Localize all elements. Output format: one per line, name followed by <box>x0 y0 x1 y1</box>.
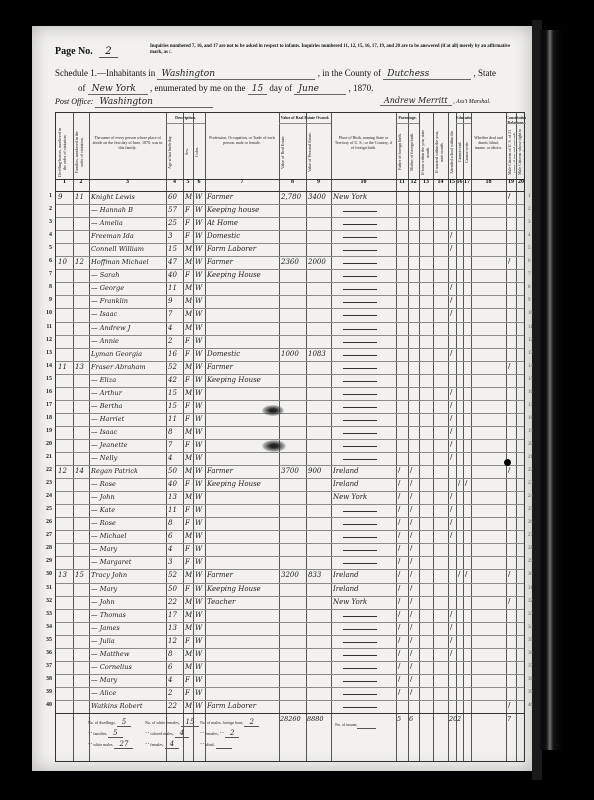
birthplace-ditto-mark <box>343 368 377 369</box>
tick-mark-col-15: / <box>450 610 452 618</box>
cell-sex: M <box>185 387 192 399</box>
cell-name: — Margaret <box>91 556 165 568</box>
row-number-right: 37 <box>528 664 533 669</box>
group-header-constitutional: Constitutional Relations. <box>506 115 526 123</box>
summary-label: " " females, <box>145 742 164 747</box>
cell-sex: M <box>185 648 192 660</box>
row-number-right: 4 <box>528 233 531 238</box>
cell-occupation: At Home <box>207 217 278 229</box>
tick-mark-col-11: / <box>398 688 400 696</box>
tick-mark-col-11: / <box>398 610 400 618</box>
summary-label: " " families, <box>88 731 107 736</box>
post-office: Washington <box>95 97 213 108</box>
tick-mark-col-15: / <box>450 231 452 239</box>
row-number-right: 19 <box>528 429 533 434</box>
cell-color: W <box>195 387 204 399</box>
cell-age: 52 <box>168 361 182 373</box>
birthplace-ditto-mark <box>343 263 377 264</box>
cell-color: W <box>195 256 204 268</box>
tick-mark-col-12: / <box>410 597 412 605</box>
row-number-left: 29 <box>34 558 52 564</box>
row-number-right: 11 <box>528 325 533 330</box>
row-number-right: 21 <box>528 455 533 460</box>
row-number-left: 36 <box>34 650 52 656</box>
tick-mark-col-12: / <box>410 662 412 670</box>
state-suffix: , State <box>473 68 496 78</box>
cell-color: W <box>195 217 204 229</box>
row-number-right: 26 <box>528 520 533 525</box>
cell-sex: M <box>185 191 192 203</box>
adjacent-page-edge <box>540 30 562 750</box>
enumeration-year: , 1870. <box>349 83 374 93</box>
birthplace-ditto-mark <box>343 237 377 238</box>
row-number-right: 35 <box>528 638 533 643</box>
cell-age: 8 <box>168 648 182 660</box>
cell-sex: M <box>185 256 192 268</box>
cell-name: — Harriet <box>91 413 165 425</box>
group-divider <box>166 123 205 124</box>
tick-mark-col-17: / <box>465 570 467 578</box>
row-number-left: 3 <box>34 219 52 225</box>
cell-color: W <box>195 596 204 608</box>
cell-family: 12 <box>75 256 88 268</box>
tick-mark-col-19: / <box>508 570 510 578</box>
cell-color: W <box>195 374 204 386</box>
cell-color: W <box>195 282 204 294</box>
cell-color: W <box>195 269 204 281</box>
ink-blot <box>504 459 511 466</box>
summary-value: 4 <box>165 740 179 749</box>
cell-name: Lyman Georgia <box>91 348 165 360</box>
row-number-right: 39 <box>528 690 533 695</box>
cell-occupation: Farmer <box>207 256 278 268</box>
column-divider <box>433 113 434 761</box>
cell-real: 3700 <box>281 465 305 477</box>
tick-mark-col-19: / <box>508 257 510 265</box>
enumerated-label: , enumerated by me on the <box>150 83 245 93</box>
schedule-prefix: Schedule 1.—Inhabitants in <box>55 68 155 78</box>
column-header-1: Dwelling-houses, numbered in the order o… <box>57 127 72 177</box>
cell-sex: F <box>185 400 192 412</box>
cell-color: W <box>195 648 204 660</box>
summary-colored-males: " " colored males, 4 <box>145 729 189 737</box>
cell-name: — Sarah <box>91 269 165 281</box>
column-header-11: Father of foreign birth. <box>397 127 407 177</box>
birthplace-ditto-mark <box>343 355 377 356</box>
ink-smudge <box>262 440 286 452</box>
birthplace-ditto-mark <box>343 668 377 669</box>
enumeration-day: 15 <box>248 84 267 95</box>
tick-mark-col-11: / <box>398 544 400 552</box>
column-header-4: Age at last birth-day. <box>167 127 182 177</box>
cell-sex: F <box>185 478 192 490</box>
birthplace-ditto-mark <box>343 329 377 330</box>
cell-sex: F <box>185 348 192 360</box>
cell-age: 40 <box>168 269 182 281</box>
row-number-left: 35 <box>34 637 52 643</box>
tick-mark-col-11: / <box>398 466 400 474</box>
row-number-left: 12 <box>34 337 52 343</box>
row-number-left: 31 <box>34 585 52 591</box>
cell-real: 1000 <box>281 348 305 360</box>
row-number-left: 16 <box>34 389 52 395</box>
summary-families: " " families, 5 <box>88 729 123 737</box>
summary-value: 2 <box>225 729 239 738</box>
cell-name: Tracy John <box>91 569 165 581</box>
cell-age: 4 <box>168 452 182 464</box>
cell-color: W <box>195 635 204 647</box>
summary-label: No. of insane, <box>335 722 357 727</box>
cell-age: 2 <box>168 335 182 347</box>
birthplace-ditto-mark <box>343 420 377 421</box>
column-number-7: 7 <box>205 179 279 185</box>
cell-color: W <box>195 413 204 425</box>
tick-mark-col-11: / <box>398 597 400 605</box>
cell-color: W <box>195 674 204 686</box>
row-number-left: 30 <box>34 571 52 577</box>
birthplace-ditto-mark <box>343 315 377 316</box>
birthplace-ditto-mark <box>343 524 377 525</box>
cell-age: 52 <box>168 569 182 581</box>
cell-dwelling: 9 <box>58 191 72 203</box>
column-header-10: Place of Birth, naming State or Territor… <box>334 135 393 175</box>
birthplace-ditto-mark <box>343 407 377 408</box>
summary-value <box>216 740 233 749</box>
column-header-16: Cannot read. <box>457 127 462 177</box>
cell-color: W <box>195 687 204 699</box>
cell-birthplace: Ireland <box>333 583 395 595</box>
cell-color: W <box>195 478 204 490</box>
tick-mark-col-19: / <box>508 597 510 605</box>
row-number-right: 23 <box>528 481 533 486</box>
tick-mark-col-16: / <box>458 570 460 578</box>
cell-age: 11 <box>168 413 182 425</box>
cell-name: Regan Patrick <box>91 465 165 477</box>
row-number-left: 6 <box>34 258 52 264</box>
column-divider <box>516 113 517 761</box>
cell-sex: F <box>185 504 192 516</box>
cell-occupation: Keeping House <box>207 269 278 281</box>
column-number-14: 14 <box>433 179 448 185</box>
tick-mark-col-11: / <box>398 505 400 513</box>
cell-birthplace: Ireland <box>333 465 395 477</box>
cell-sex: M <box>185 596 192 608</box>
row-number-left: 25 <box>34 506 52 512</box>
cell-name: — Jeanette <box>91 439 165 451</box>
cell-real: 2,780 <box>281 191 305 203</box>
cell-personal: 3400 <box>308 191 330 203</box>
birthplace-ditto-mark <box>343 655 377 656</box>
row-number-left: 39 <box>34 689 52 695</box>
cell-age: 13 <box>168 491 182 503</box>
cell-name: — Isaac <box>91 426 165 438</box>
tick-mark-col-19: / <box>508 192 510 200</box>
tick-mark-col-15: / <box>450 244 452 252</box>
column-number-18: 18 <box>471 179 506 185</box>
row-number-right: 30 <box>528 572 533 577</box>
county-prefix: , in the County of <box>318 68 381 78</box>
cell-age: 12 <box>168 635 182 647</box>
tick-mark-col-15: / <box>450 518 452 526</box>
column-divider <box>73 113 74 761</box>
row-number-left: 8 <box>34 284 52 290</box>
cell-sex: F <box>185 674 192 686</box>
cell-age: 42 <box>168 374 182 386</box>
column-number-1: 1 <box>56 179 73 185</box>
township: Washington <box>157 69 315 80</box>
cell-age: 50 <box>168 465 182 477</box>
birthplace-ditto-mark <box>343 276 377 277</box>
cell-sex: F <box>185 335 192 347</box>
tick-mark-col-15: / <box>450 531 452 539</box>
column-number-12: 12 <box>408 179 419 185</box>
cell-color: W <box>195 517 204 529</box>
cell-name: — Kate <box>91 504 165 516</box>
row-number-right: 29 <box>528 559 533 564</box>
cell-sex: M <box>185 361 192 373</box>
row-number-left: 34 <box>34 624 52 630</box>
cell-color: W <box>195 400 204 412</box>
row-number-right: 33 <box>528 612 533 617</box>
birthplace-ditto-mark <box>343 342 377 343</box>
row-number-right: 2 <box>528 207 531 212</box>
group-divider <box>396 123 419 124</box>
cell-sex: M <box>185 622 192 634</box>
tick-mark-col-11: / <box>398 675 400 683</box>
cell-family: 13 <box>75 361 88 373</box>
county: Dutchess <box>383 69 471 80</box>
cell-sex: M <box>185 465 192 477</box>
row-number-left: 23 <box>34 480 52 486</box>
tick-mark-col-15: / <box>450 505 452 513</box>
tick-mark-col-11: / <box>398 531 400 539</box>
birthplace-ditto-mark <box>343 707 377 708</box>
cell-age: 4 <box>168 322 182 334</box>
summary-value: 2 <box>244 718 258 727</box>
tick-mark-col-11: / <box>398 584 400 592</box>
birthplace-ditto-mark <box>343 616 377 617</box>
cell-age: 22 <box>168 700 182 712</box>
summary-total-c12: 6 <box>409 713 413 725</box>
cell-age: 22 <box>168 596 182 608</box>
cell-name: — James <box>91 622 165 634</box>
tick-mark-col-11: / <box>398 492 400 500</box>
cell-age: 2 <box>168 687 182 699</box>
column-number-4: 4 <box>166 179 183 185</box>
birthplace-ditto-mark <box>343 289 377 290</box>
post-office-label: Post Office: <box>55 97 93 106</box>
tick-mark-col-15: / <box>450 623 452 631</box>
column-number-10: 10 <box>331 179 396 185</box>
cell-name: — Amelia <box>91 217 165 229</box>
cell-name: — Matthew <box>91 648 165 660</box>
cell-name: — Nelly <box>91 452 165 464</box>
column-header-6: Color. <box>194 127 204 177</box>
page-label: Page No. <box>55 46 93 57</box>
tick-mark-col-11: / <box>398 662 400 670</box>
row-number-left: 18 <box>34 415 52 421</box>
column-header-19: Male Citizens of U. S. of 21 years of ag… <box>507 127 515 177</box>
tick-mark-col-16: / <box>458 479 460 487</box>
row-number-right: 18 <box>528 416 533 421</box>
summary-value: 5 <box>108 729 122 738</box>
cell-sex: M <box>185 661 192 673</box>
cell-color: W <box>195 661 204 673</box>
tick-mark-col-12: / <box>410 570 412 578</box>
row-number-right: 6 <box>528 259 531 264</box>
cell-color: W <box>195 465 204 477</box>
column-header-3: The name of every person whose place of … <box>92 135 163 175</box>
summary-value <box>357 720 376 729</box>
row-number-left: 24 <box>34 493 52 499</box>
cell-age: 9 <box>168 295 182 307</box>
row-number-left: 10 <box>34 310 52 316</box>
cell-name: Fraser Abraham <box>91 361 165 373</box>
tick-mark-col-15: / <box>450 309 452 317</box>
row-number-right: 7 <box>528 272 531 277</box>
cell-name: — Alice <box>91 687 165 699</box>
cell-age: 6 <box>168 661 182 673</box>
column-divider <box>306 113 307 761</box>
cell-occupation: Keeping House <box>207 583 278 595</box>
cell-personal: 1083 <box>308 348 330 360</box>
cell-sex: M <box>185 322 192 334</box>
tick-mark-col-12: / <box>410 610 412 618</box>
tick-mark-col-19: / <box>508 701 510 709</box>
column-header-15: Attended school within the year. <box>449 127 455 177</box>
column-divider <box>205 113 206 761</box>
cell-age: 15 <box>168 387 182 399</box>
row-number-right: 27 <box>528 533 533 538</box>
summary-white-females: No. of white females, 15 <box>145 718 199 726</box>
row-number-left: 21 <box>34 454 52 460</box>
row-number-left: 38 <box>34 676 52 682</box>
cell-color: W <box>195 322 204 334</box>
cell-personal: 833 <box>308 569 330 581</box>
cell-color: W <box>195 583 204 595</box>
cell-sex: M <box>185 609 192 621</box>
cell-sex: M <box>185 308 192 320</box>
cell-age: 13 <box>168 622 182 634</box>
marshal-name: Andrew Merritt <box>380 96 452 106</box>
cell-occupation: Keeping House <box>207 478 278 490</box>
cell-sex: F <box>185 556 192 568</box>
tick-mark-col-12: / <box>410 544 412 552</box>
tick-mark-col-12: / <box>410 518 412 526</box>
birthplace-ditto-mark <box>343 681 377 682</box>
cell-sex: M <box>185 426 192 438</box>
summary-label: No. of white females, <box>145 720 180 725</box>
birthplace-ditto-mark <box>343 381 377 382</box>
state: New York <box>88 84 148 95</box>
row-number-right: 3 <box>528 220 531 225</box>
marshal-line: Andrew Merritt , Ass't Marshal. <box>380 96 491 106</box>
cell-name: — Hannah B <box>91 204 165 216</box>
cell-color: W <box>195 295 204 307</box>
tick-mark-col-11: / <box>398 479 400 487</box>
column-header-7: Profession, Occupation, or Trade of each… <box>208 135 276 175</box>
cell-age: 50 <box>168 583 182 595</box>
tick-mark-col-12: / <box>410 479 412 487</box>
summary-white-males: " " white males, 27 <box>88 740 133 748</box>
column-header-12: Mother of foreign birth. <box>409 127 418 177</box>
birthplace-ditto-mark <box>343 694 377 695</box>
tick-mark-col-12: / <box>410 688 412 696</box>
cell-age: 8 <box>168 426 182 438</box>
row-number-right: 38 <box>528 677 533 682</box>
birthplace-ditto-mark <box>343 250 377 251</box>
column-header-13: If born within the year, state month. <box>420 127 432 177</box>
column-number-19: 19 <box>506 179 516 185</box>
cell-sex: F <box>185 635 192 647</box>
summary-insane: No. of insane, <box>335 720 376 728</box>
cell-birthplace: Ireland <box>333 569 395 581</box>
cell-age: 8 <box>168 517 182 529</box>
tick-mark-col-15: / <box>450 283 452 291</box>
cell-occupation: Farmer <box>207 191 278 203</box>
column-number-8: 8 <box>279 179 306 185</box>
cell-name: — Cornelius <box>91 661 165 673</box>
row-number-left: 27 <box>34 532 52 538</box>
cell-sex: F <box>185 583 192 595</box>
cell-occupation: Farmer <box>207 569 278 581</box>
summary-total-real: 28260 <box>280 713 301 725</box>
column-number-3: 3 <box>89 179 166 185</box>
cell-sex: F <box>185 269 192 281</box>
column-divider <box>419 113 420 761</box>
summary-label: " " white males, <box>88 742 113 747</box>
column-number-17: 17 <box>463 179 471 185</box>
summary-label: " " colored males, <box>145 731 174 736</box>
cell-name: — Julia <box>91 635 165 647</box>
cell-dwelling: 12 <box>58 465 72 477</box>
cell-age: 6 <box>168 530 182 542</box>
cell-name: — Eliza <box>91 374 165 386</box>
cell-sex: F <box>185 374 192 386</box>
day-of-label: day of <box>269 83 292 93</box>
group-header-value-estate: Value of Real Estate Owned. <box>279 115 331 123</box>
cell-sex: M <box>185 700 192 712</box>
cell-name: Freeman Ida <box>91 230 165 242</box>
cell-color: W <box>195 622 204 634</box>
group-divider <box>506 123 526 124</box>
cell-age: 15 <box>168 400 182 412</box>
tick-mark-col-12: / <box>410 466 412 474</box>
birthplace-ditto-mark <box>343 537 377 538</box>
column-number-15: 15 <box>448 179 456 185</box>
row-number-left: 7 <box>34 271 52 277</box>
row-number-left: 4 <box>34 232 52 238</box>
marshal-label: , Ass't Marshal. <box>453 99 491 105</box>
column-header-14: If married within the year, state month. <box>434 127 447 177</box>
tick-mark-col-15: / <box>450 296 452 304</box>
tick-mark-col-15: / <box>450 388 452 396</box>
birthplace-ditto-mark <box>343 433 377 434</box>
row-number-left: 33 <box>34 611 52 617</box>
cell-sex: F <box>185 517 192 529</box>
tick-mark-col-19: / <box>508 466 510 474</box>
row-number-right: 15 <box>528 377 533 382</box>
cell-color: W <box>195 348 204 360</box>
row-number-left: 14 <box>34 363 52 369</box>
cell-name: — John <box>91 596 165 608</box>
row-number-right: 40 <box>528 703 533 708</box>
column-number-5: 5 <box>183 179 193 185</box>
birthplace-ditto-mark <box>343 394 377 395</box>
tick-mark-col-11: / <box>398 518 400 526</box>
tick-mark-col-11: / <box>398 557 400 565</box>
cell-name: — Mary <box>91 543 165 555</box>
